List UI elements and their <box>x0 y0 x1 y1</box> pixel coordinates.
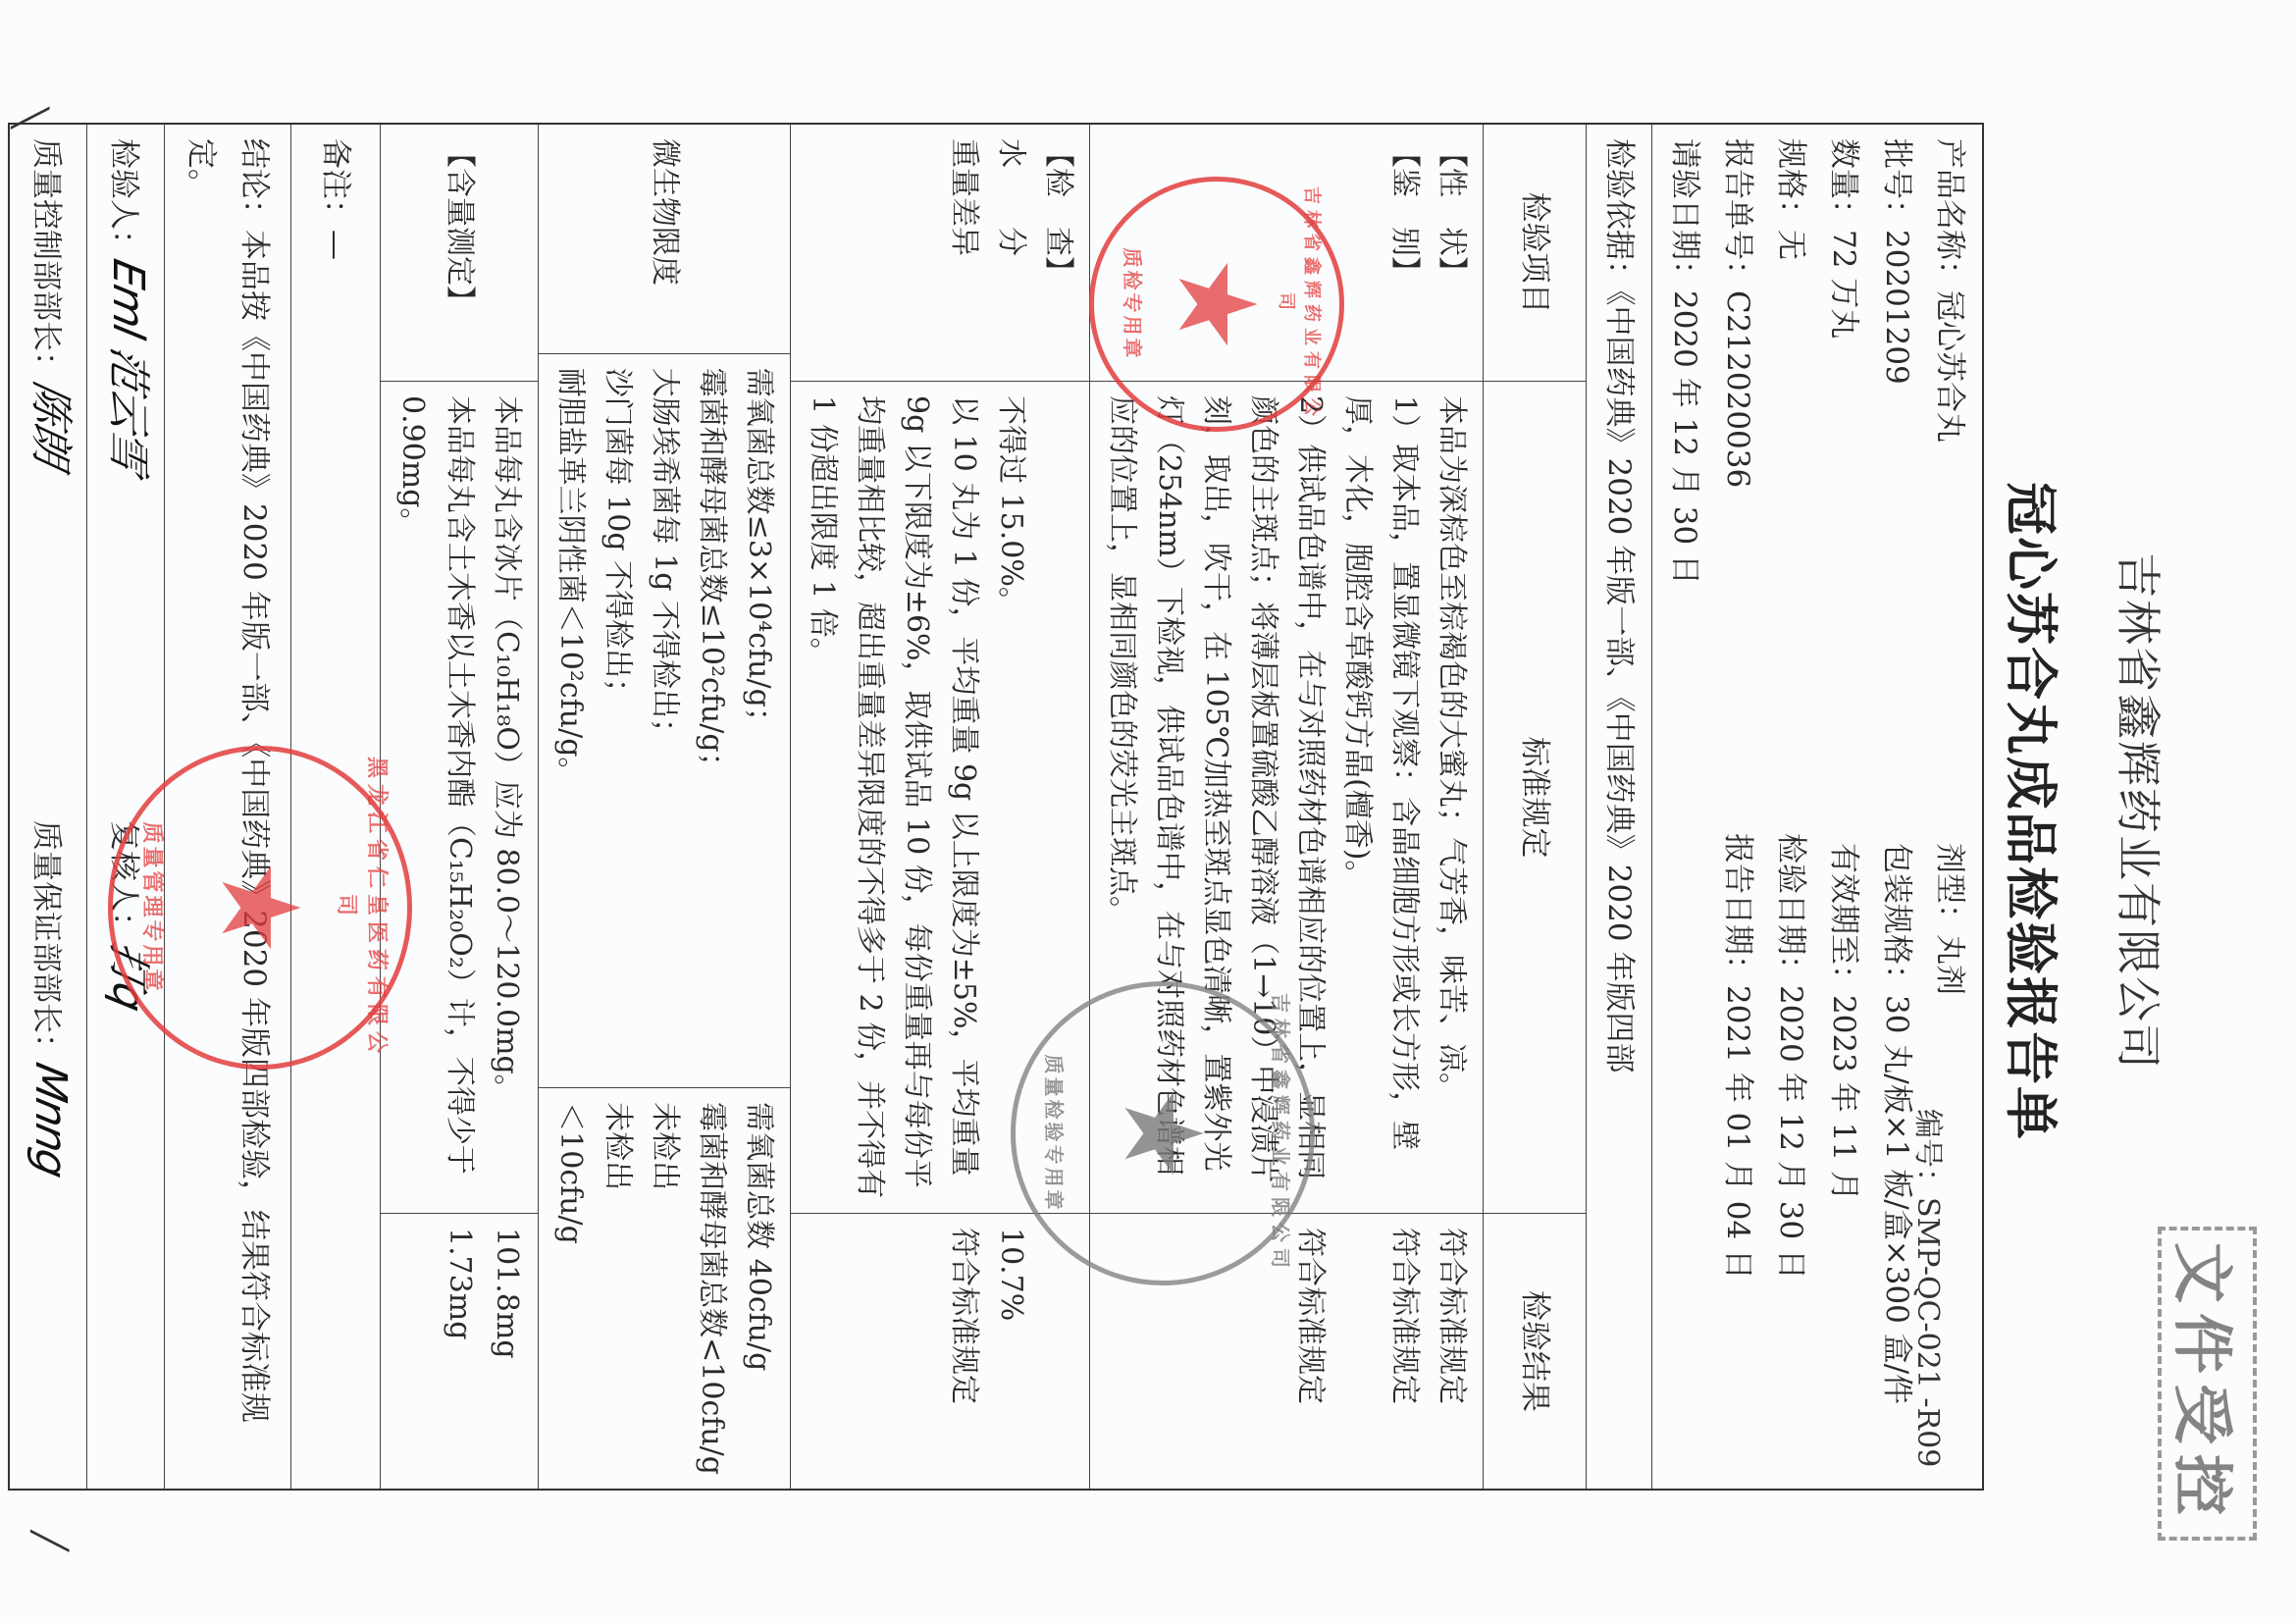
table-header: 检验项目 标准规定 检验结果 <box>1483 125 1586 1489</box>
standard-bile-tolerant: 耐胆盐革兰阴性菌＜10²cfu/g。 <box>547 368 594 1073</box>
item-moisture: 水 分 <box>987 138 1034 367</box>
inspector-row: 检验人：Eml 范云雪 复核人：打q <box>86 125 164 1489</box>
result-identification-1: 符合标准规定 <box>1381 1228 1428 1475</box>
info-right-column: 剂型：丸剂 包装规格：30 丸/板×1 板/盒×300 盒/件 有效期至：202… <box>1652 784 1982 1489</box>
table-row: 【含量测定】 本品每丸含冰片（C₁₀H₁₈O）应为 80.0～120.0mg。 … <box>380 125 538 1489</box>
header-standard: 标准规定 <box>1484 382 1586 1214</box>
result-salmonella: 未检出 <box>594 1102 641 1475</box>
conclusion-row: 结论：本品按《中国药典》2020 年版一部、《中国药典》2020 年版四部检验，… <box>164 125 290 1489</box>
item-appearance: 【性 状】 <box>1428 138 1475 367</box>
report-title: 冠心苏合丸成品检验报告单 <box>1997 0 2072 1623</box>
standard-mold-yeast: 霉菌和酵母菌总数≤10²cfu/g； <box>688 368 735 1073</box>
standard-identification-2: 2）供试品色谱中，在与对照药材色谱相应的位置上，显相同颜色的主斑点；将薄层板置硫… <box>1098 395 1333 1199</box>
result-identification-2: 符合标准规定 <box>1286 1228 1333 1475</box>
item-microbial-limit: 微生物限度 <box>641 138 688 286</box>
result-appearance: 符合标准规定 <box>1428 1228 1475 1475</box>
info-request-date: 请验日期：2020 年 12 月 30 日 <box>1658 138 1711 770</box>
remark-row: 备注：— <box>290 125 380 1489</box>
item-inspection: 【检 查】 <box>1034 138 1081 367</box>
info-package-spec: 包装规格：30 丸/板×1 板/盒×300 盒/件 <box>1870 843 1923 1475</box>
reviewer-label: 复核人： <box>106 820 141 942</box>
qc-head-signature: 陈朗 <box>24 376 77 469</box>
item-weight-variation: 重量差异 <box>940 138 987 367</box>
info-left-column: 产品名称：冠心苏合丸 批号：20201209 数量：72 万丸 规格：无 报告单… <box>1652 125 1982 784</box>
item-assay: 【含量测定】 <box>436 138 483 315</box>
info-product-name: 产品名称：冠心苏合丸 <box>1923 138 1976 770</box>
table-row: 微生物限度 需氧菌总数≤3×10⁴cfu/g； 霉菌和酵母菌总数≤10²cfu/… <box>538 125 790 1489</box>
result-aerobic: 需氧菌总数 40cfu/g <box>735 1102 782 1475</box>
scan-mark: ╲ <box>10 108 49 128</box>
result-alantolactone: 1.73mg <box>436 1228 483 1475</box>
info-dosage-form: 剂型：丸剂 <box>1923 843 1976 1475</box>
info-quantity: 数量：72 万丸 <box>1817 138 1870 770</box>
qa-head-signature: Mnng <box>24 1058 77 1180</box>
info-test-date: 检验日期：2020 年 12 月 30 日 <box>1764 833 1817 1475</box>
remark-label: 备注： <box>318 138 353 230</box>
reviewer-signature: 打q <box>101 936 154 1014</box>
report-table: 产品名称：冠心苏合丸 批号：20201209 数量：72 万丸 规格：无 报告单… <box>8 123 1984 1491</box>
product-info-section: 产品名称：冠心苏合丸 批号：20201209 数量：72 万丸 规格：无 报告单… <box>1651 125 1982 1489</box>
header-result: 检验结果 <box>1484 1214 1586 1489</box>
standard-salmonella: 沙门菌每 10g 不得检出； <box>594 368 641 1073</box>
qc-head-label: 质量控制部部长： <box>28 138 64 382</box>
result-moisture: 10.7% <box>987 1228 1034 1475</box>
info-spec: 规格：无 <box>1764 138 1817 770</box>
standard-identification-1: 1）取本品，置显微镜下观察：含晶细胞方形或长方形，壁厚，木化，胞腔含草酸钙方晶(… <box>1333 395 1428 1199</box>
result-borneol: 101.8mg <box>483 1228 530 1475</box>
table-row: 【性 状】 【鉴 别】 本品为深棕色至棕褐色的大蜜丸；气芳香，味苦、凉。 1）取… <box>1089 125 1483 1489</box>
standard-aerobic: 需氧菌总数≤3×10⁴cfu/g； <box>735 368 782 1073</box>
department-heads-row: 质量控制部部长：陈朗 质量保证部部长：Mnng <box>10 125 86 1489</box>
company-name: 吉林省鑫辉药业有限公司 <box>2109 0 2173 1623</box>
standard-borneol: 本品每丸含冰片（C₁₀H₁₈O）应为 80.0～120.0mg。 <box>483 395 530 1199</box>
result-mold-yeast: 霉菌和酵母菌总数<10cfu/g <box>688 1102 735 1475</box>
remark-value: — <box>318 230 353 260</box>
info-report-date: 报告日期：2021 年 01 月 04 日 <box>1711 833 1764 1475</box>
info-report-no: 报告单号：C212020036 <box>1711 138 1764 770</box>
item-identification: 【鉴 别】 <box>1381 138 1428 367</box>
qa-head-label: 质量保证部部长： <box>28 820 64 1064</box>
inspection-report-page: 吉林省鑫辉药业有限公司 冠心苏合丸成品检验报告单 编号：SMP-QC-021 -… <box>0 0 2296 1623</box>
inspector-signature: Eml 范云雪 <box>101 254 154 476</box>
scan-mark: ╱ <box>29 1531 69 1550</box>
header-item: 检验项目 <box>1484 125 1586 382</box>
result-bile-tolerant: ＜10cfu/g <box>547 1102 594 1475</box>
table-row: 【检 查】 水 分 重量差异 不得过 15.0%。 以 10 丸为 1 份，平均… <box>790 125 1089 1489</box>
conclusion-label: 结论： <box>236 138 272 230</box>
conclusion-text: 本品按《中国药典》2020 年版一部、《中国药典》2020 年版四部检验，结果符… <box>183 138 272 1423</box>
test-basis-row: 检验依据：《中国药典》2020 年版一部、《中国药典》2020 年版四部 <box>1586 125 1651 1489</box>
info-batch-no: 批号：20201209 <box>1870 138 1923 770</box>
standard-alantolactone: 本品每丸含土木香以土木香内酯（C₁₅H₂₀O₂）计，不得少于 0.90mg。 <box>389 395 483 1199</box>
inspector-label: 检验人： <box>106 138 141 260</box>
result-ecoli: 未检出 <box>641 1102 688 1475</box>
standard-moisture: 不得过 15.0%。 <box>987 395 1034 1199</box>
test-basis: 检验依据：《中国药典》2020 年版一部、《中国药典》2020 年版四部 <box>1587 125 1651 1087</box>
standard-ecoli: 大肠埃希菌每 1g 不得检出； <box>641 368 688 1073</box>
standard-weight-variation: 以 10 丸为 1 份，平均重量 9g 以上限度为±5%，平均重量 9g 以下限… <box>799 395 987 1199</box>
result-weight-variation: 符合标准规定 <box>940 1228 987 1475</box>
standard-appearance: 本品为深棕色至棕褐色的大蜜丸；气芳香，味苦、凉。 <box>1428 395 1475 1199</box>
info-expiry: 有效期至：2023 年 11 月 <box>1817 843 1870 1475</box>
